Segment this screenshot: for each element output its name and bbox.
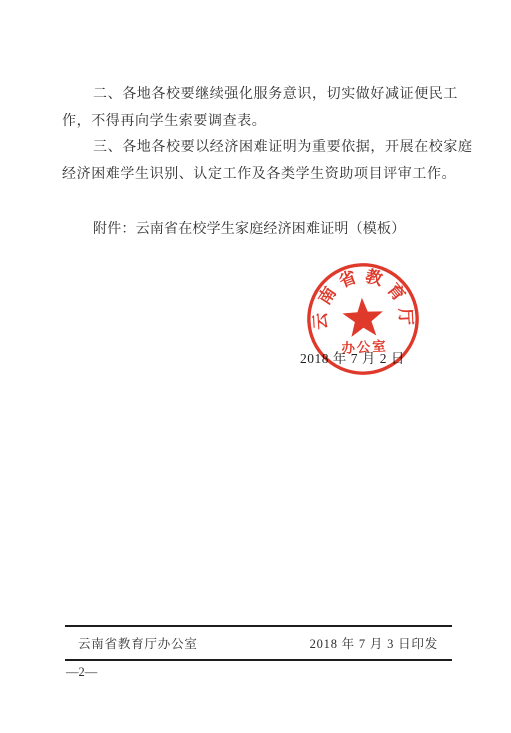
seal-star-icon	[342, 297, 384, 338]
footer-issuer: 云南省教育厅办公室	[78, 634, 198, 652]
seal-arc-char: 厅	[395, 307, 415, 326]
seal-bottom-text: 办公室	[341, 338, 388, 356]
seal-arc-char: 云	[311, 312, 331, 330]
paragraph-line: 经济困难学生识别、认定工作及各类学生资助项目评审工作。	[62, 168, 462, 182]
seal-arc-char: 育	[383, 279, 409, 305]
attachment-line: 附件：云南省在校学生家庭经济困难证明（模板）	[93, 218, 405, 238]
footer-top-rule	[65, 625, 452, 627]
document-page: 二、各地各校要继续强化服务意识，切实做好减证便民工 作，不得再向学生索要调查表。…	[0, 0, 511, 733]
footer-row: 云南省教育厅办公室 2018 年 7 月 3 日印发	[65, 634, 452, 652]
footer-print-date: 2018 年 7 月 3 日印发	[310, 634, 438, 652]
official-seal: 云南省教育厅 办公室	[302, 258, 424, 380]
paragraph-line: 作，不得再向学生索要调查表。	[62, 115, 462, 129]
page-number: —2—	[66, 665, 97, 680]
paragraph-line: 三、各地各校要以经济困难证明为重要依据，开展在校家庭	[62, 141, 493, 155]
footer-bottom-rule	[65, 659, 452, 661]
paragraph-line: 二、各地各校要继续强化服务意识，切实做好减证便民工	[62, 88, 493, 102]
